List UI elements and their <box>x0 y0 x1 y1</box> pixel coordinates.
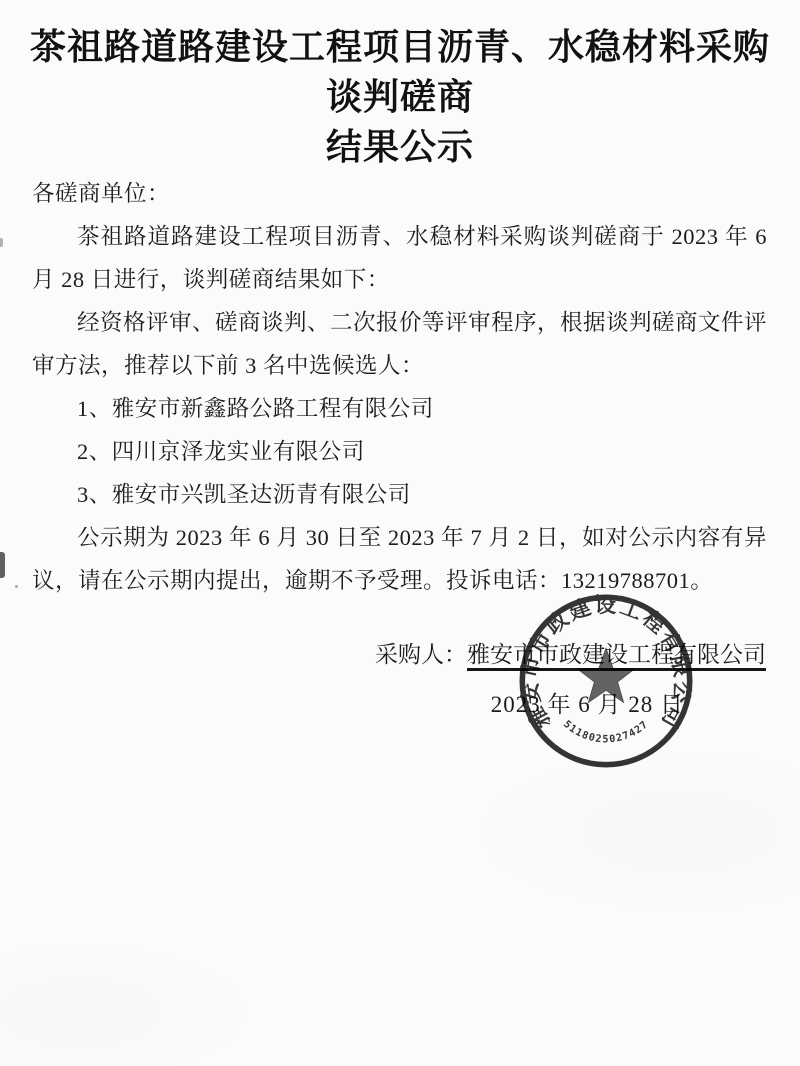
page-title: 茶祖路道路建设工程项目沥青、水稳材料采购谈判磋商 结果公示 <box>0 0 800 172</box>
document-page: 茶祖路道路建设工程项目沥青、水稳材料采购谈判磋商 结果公示 各磋商单位： 茶祖路… <box>0 0 800 1066</box>
purchaser-line: 采购人：雅安市市政建设工程有限公司 <box>0 638 800 672</box>
stamp-code-arc-text: 5118025027427 <box>561 719 651 745</box>
candidate-item-3: 3、雅安市兴凯圣达沥青有限公司 <box>32 473 767 516</box>
signature-block: 采购人：雅安市市政建设工程有限公司 2023 年 6 月 28 日 <box>0 638 800 722</box>
candidate-item-2: 2、四川京泽龙实业有限公司 <box>32 430 767 473</box>
signature-date: 2023 年 6 月 28 日 <box>0 688 800 722</box>
purchaser-label: 采购人： <box>375 642 467 667</box>
paragraph-publicity-period: 公示期为 2023 年 6 月 30 日至 2023 年 7 月 2 日，如对公… <box>32 516 767 602</box>
paragraph-review-process: 经资格评审、磋商谈判、二次报价等评审程序，根据谈判磋商文件评审方法，推荐以下前 … <box>32 301 767 387</box>
purchaser-company: 雅安市市政建设工程有限公司 <box>467 642 766 671</box>
candidate-item-1: 1、雅安市新鑫路公路工程有限公司 <box>32 387 767 430</box>
salutation: 各磋商单位： <box>32 172 767 215</box>
svg-text:5118025027427: 5118025027427 <box>561 719 651 745</box>
title-line-2: 结果公示 <box>326 126 474 167</box>
title-line-1: 茶祖路道路建设工程项目沥青、水稳材料采购谈判磋商 <box>30 26 770 117</box>
scan-artifact-left-edge <box>0 552 5 578</box>
scan-artifact-left-edge-small <box>0 238 3 247</box>
paragraph-meeting-info: 茶祖路道路建设工程项目沥青、水稳材料采购谈判磋商于 2023 年 6 月 28 … <box>32 215 767 301</box>
document-body: 各磋商单位： 茶祖路道路建设工程项目沥青、水稳材料采购谈判磋商于 2023 年 … <box>0 172 800 602</box>
scan-artifact-dot <box>15 585 18 588</box>
